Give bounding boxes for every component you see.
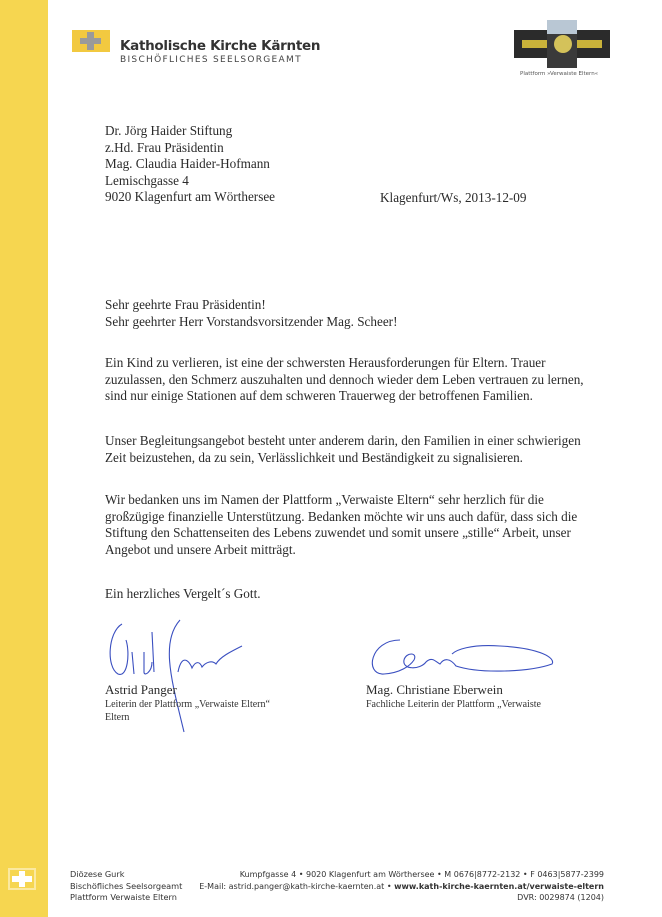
salutation-line: Sehr geehrter Herr Vorstandsvorsitzender…	[105, 314, 397, 331]
recipient-line: Dr. Jörg Haider Stiftung	[105, 123, 275, 140]
recipient-address: Dr. Jörg Haider Stiftung z.Hd. Frau Präs…	[105, 123, 275, 206]
footer-website-link[interactable]: www.kath-kirche-kaernten.at/verwaiste-el…	[394, 882, 604, 891]
paragraph-line: zuzulassen, den Schmerz auszuhalten und …	[105, 372, 584, 389]
paragraph-2: Unser Begleitungsangebot besteht unter a…	[105, 433, 581, 466]
platform-logo-caption: Plattform »Verwaiste Eltern«	[520, 71, 598, 77]
signatory-2-role: Fachliche Leiterin der Plattform „Verwai…	[366, 698, 541, 711]
signatory-role-line: Leiterin der Plattform „Verwaiste Eltern…	[105, 698, 270, 711]
org-name: Katholische Kirche Kärnten	[120, 38, 320, 54]
signatory-1-name: Astrid Panger	[105, 682, 177, 698]
paragraph-line: Unser Begleitungsangebot besteht unter a…	[105, 433, 581, 450]
closing-line: Ein herzliches Vergelt´s Gott.	[105, 586, 261, 603]
org-subtitle: BISCHÖFLICHES SEELSORGEAMT	[120, 55, 320, 65]
paragraph-3: Wir bedanken uns im Namen der Plattform …	[105, 492, 577, 558]
paragraph-1: Ein Kind zu verlieren, ist eine der schw…	[105, 355, 584, 405]
footer-dvr: DVR: 0029874 (1204)	[199, 892, 604, 904]
footer-org-line: Bischöfliches Seelsorgeamt	[70, 881, 182, 893]
footer-contact: Kumpfgasse 4 • 9020 Klagenfurt am Wörthe…	[199, 869, 604, 904]
paragraph-line: Wir bedanken uns im Namen der Plattform …	[105, 492, 577, 509]
footer-organization: Diözese Gurk Bischöfliches Seelsorgeamt …	[70, 869, 182, 904]
footer-email[interactable]: E-Mail: astrid.panger@kath-kirche-kaernt…	[199, 882, 394, 891]
signatory-2-name: Mag. Christiane Eberwein	[366, 682, 503, 698]
footer-org-line: Plattform Verwaiste Eltern	[70, 892, 182, 904]
footer-address: Kumpfgasse 4 • 9020 Klagenfurt am Wörthe…	[199, 869, 604, 881]
paragraph-line: großzügige finanzielle Unterstützung. Be…	[105, 509, 577, 526]
church-cross-logo-icon	[72, 30, 110, 52]
salutation: Sehr geehrte Frau Präsidentin! Sehr geeh…	[105, 297, 397, 330]
letterhead-brand: Katholische Kirche Kärnten BISCHÖFLICHES…	[120, 38, 320, 65]
footer-org-line: Diözese Gurk	[70, 869, 182, 881]
signatory-1-role: Leiterin der Plattform „Verwaiste Eltern…	[105, 698, 270, 724]
paragraph-line: Angebot und unsere Arbeit mitträgt.	[105, 542, 577, 559]
paragraph-line: Stiftung den Schattenseiten des Lebens z…	[105, 525, 577, 542]
salutation-line: Sehr geehrte Frau Präsidentin!	[105, 297, 397, 314]
signature-christiane-eberwein	[360, 630, 570, 690]
footer-cross-icon	[8, 868, 36, 890]
recipient-line: Mag. Claudia Haider-Hofmann	[105, 156, 275, 173]
signatory-role-line: Eltern	[105, 711, 270, 724]
recipient-line: Lemischgasse 4	[105, 173, 275, 190]
yellow-side-stripe	[0, 0, 48, 917]
paragraph-line: Zeit beizustehen, da zu sein, Verlässlic…	[105, 450, 581, 467]
date-line: Klagenfurt/Ws, 2013-12-09	[380, 190, 527, 207]
paragraph-line: Ein Kind zu verlieren, ist eine der schw…	[105, 355, 584, 372]
recipient-line: z.Hd. Frau Präsidentin	[105, 140, 275, 157]
platform-logo-icon	[514, 30, 610, 70]
paragraph-line: sind nur einige Stationen auf dem schwer…	[105, 388, 584, 405]
recipient-line: 9020 Klagenfurt am Wörthersee	[105, 189, 275, 206]
